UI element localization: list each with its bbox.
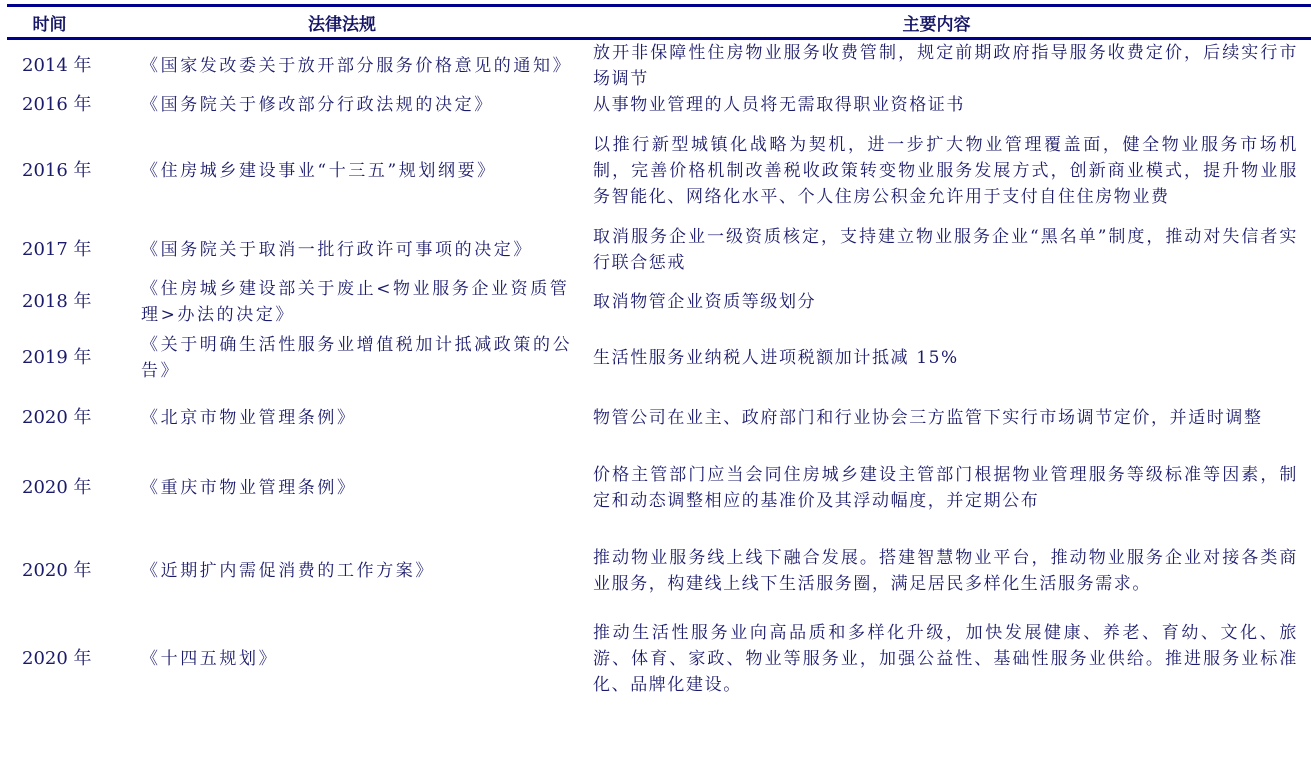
table-body: 2014 年 《国家发改委关于放开部分服务价格意见的通知》 放开非保障性住房物业… <box>7 40 1311 704</box>
row-year: 2020 年 <box>7 405 141 431</box>
header-year: 时间 <box>7 10 92 35</box>
row-content: 推动生活性服务业向高品质和多样化升级，加快发展健康、养老、育幼、文化、旅游、体育… <box>593 620 1298 698</box>
row-content: 生活性服务业纳税人进项税额加计抵减 15% <box>593 345 1298 371</box>
row-content: 取消物管企业资质等级划分 <box>593 289 1298 315</box>
row-content: 价格主管部门应当会同住房城乡建设主管部门根据物业管理服务等级标准等因素，制定和动… <box>593 462 1298 514</box>
table-row: 2020 年 《十四五规划》 推动生活性服务业向高品质和多样化升级，加快发展健康… <box>7 614 1311 704</box>
row-law: 《国务院关于修改部分行政法规的决定》 <box>141 92 593 118</box>
row-content: 取消服务企业一级资质核定，支持建立物业服务企业“黑名单”制度，推动对失信者实行联… <box>593 224 1298 276</box>
row-law: 《住房城乡建设部关于废止<物业服务企业资质管理>办法的决定》 <box>141 276 593 328</box>
table-row: 2016 年 《住房城乡建设事业“十三五”规划纲要》 以推行新型城镇化战略为契机… <box>7 118 1311 224</box>
row-year: 2018 年 <box>7 289 141 315</box>
table-row: 2020 年 《重庆市物业管理条例》 价格主管部门应当会同住房城乡建设主管部门根… <box>7 448 1311 528</box>
row-year: 2020 年 <box>7 558 141 584</box>
row-law: 《近期扩内需促消费的工作方案》 <box>141 558 593 584</box>
row-law: 《国家发改委关于放开部分服务价格意见的通知》 <box>141 53 593 79</box>
table-row: 2020 年 《近期扩内需促消费的工作方案》 推动物业服务线上线下融合发展。搭建… <box>7 528 1311 614</box>
row-year: 2016 年 <box>7 92 141 118</box>
row-content: 从事物业管理的人员将无需取得职业资格证书 <box>593 92 1298 118</box>
row-law: 《重庆市物业管理条例》 <box>141 475 593 501</box>
header-law: 法律法规 <box>92 10 592 35</box>
row-year: 2016 年 <box>7 158 141 184</box>
row-law: 《北京市物业管理条例》 <box>141 405 593 431</box>
row-content: 物管公司在业主、政府部门和行业协会三方监管下实行市场调节定价，并适时调整 <box>593 405 1298 431</box>
table-row: 2018 年 《住房城乡建设部关于废止<物业服务企业资质管理>办法的决定》 取消… <box>7 276 1311 328</box>
row-year: 2017 年 <box>7 237 141 263</box>
table-header: 时间 法律法规 主要内容 <box>7 7 1311 37</box>
table-row: 2019 年 《关于明确生活性服务业增值税加计抵减政策的公告》 生活性服务业纳税… <box>7 328 1311 388</box>
row-year: 2014 年 <box>7 53 141 79</box>
table-row: 2016 年 《国务院关于修改部分行政法规的决定》 从事物业管理的人员将无需取得… <box>7 92 1311 118</box>
row-year: 2020 年 <box>7 475 141 501</box>
row-law: 《十四五规划》 <box>141 646 593 672</box>
row-content: 推动物业服务线上线下融合发展。搭建智慧物业平台，推动物业服务企业对接各类商业服务… <box>593 545 1298 597</box>
header-content: 主要内容 <box>592 10 1311 35</box>
table-row: 2017 年 《国务院关于取消一批行政许可事项的决定》 取消服务企业一级资质核定… <box>7 224 1311 276</box>
row-law: 《关于明确生活性服务业增值税加计抵减政策的公告》 <box>141 332 593 384</box>
row-content: 放开非保障性住房物业服务收费管制，规定前期政府指导服务收费定价，后续实行市场调节 <box>593 40 1298 92</box>
row-content: 以推行新型城镇化战略为契机，进一步扩大物业管理覆盖面，健全物业服务市场机制，完善… <box>593 132 1298 210</box>
row-year: 2019 年 <box>7 345 141 371</box>
table-row: 2014 年 《国家发改委关于放开部分服务价格意见的通知》 放开非保障性住房物业… <box>7 40 1311 92</box>
row-law: 《国务院关于取消一批行政许可事项的决定》 <box>141 237 593 263</box>
row-law: 《住房城乡建设事业“十三五”规划纲要》 <box>141 158 593 184</box>
row-year: 2020 年 <box>7 646 141 672</box>
table-row: 2020 年 《北京市物业管理条例》 物管公司在业主、政府部门和行业协会三方监管… <box>7 388 1311 448</box>
